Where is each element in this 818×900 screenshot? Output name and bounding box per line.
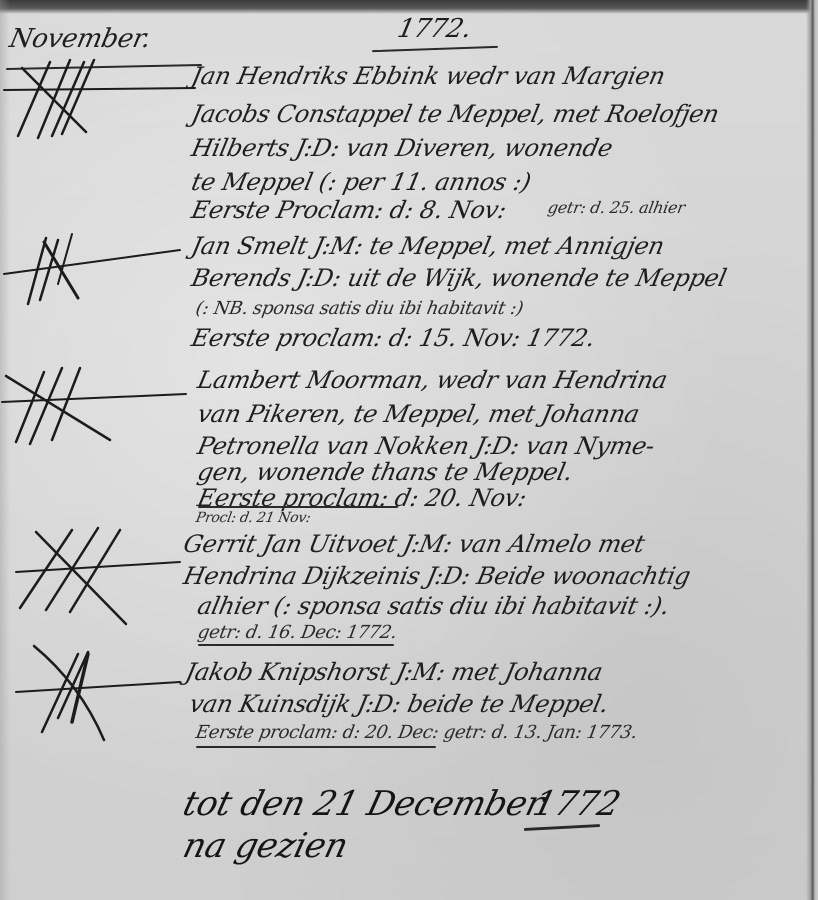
closing-year-underline — [524, 824, 600, 831]
entry-1-note: getr: d. 25. alhier — [546, 198, 686, 217]
tally-mark-icon — [0, 644, 200, 744]
closing-year: 1772 — [529, 784, 624, 824]
entry-4-line-1: Gerrit Jan Uitvoet J:M: van Almelo met — [181, 530, 647, 558]
entry-5-line-1: Jakob Knipshorst J:M: met Johanna — [183, 658, 605, 686]
entry-5-underline — [196, 746, 436, 748]
entry-1-proclamation: Eerste Proclam: d: 8. Nov: — [189, 196, 509, 224]
entry-4-underline — [198, 644, 394, 646]
tally-mark-icon — [0, 228, 200, 318]
entry-3-line-4: gen, wonende thans te Meppel. — [195, 458, 575, 486]
entry-4-pre-note: Procl: d. 21 Nov: — [195, 510, 312, 526]
entry-5-line-2: van Kuinsdijk J:D: beide te Meppel. — [187, 690, 611, 718]
entry-3-underline — [198, 506, 398, 508]
entry-1-line-4: te Meppel (: per 11. annos :) — [189, 168, 533, 196]
entry-2-proclamation: Eerste proclam: d: 15. Nov: 1772. — [189, 324, 598, 352]
entry-2-line-3: (: NB. sponsa satis diu ibi habitavit :) — [194, 298, 525, 319]
entry-3-line-1: Lambert Moorman, wedr van Hendrina — [195, 366, 670, 394]
entry-5-proclamation: Eerste proclam: d: 20. Dec: getr: d. 13.… — [194, 722, 639, 743]
tally-mark-icon — [0, 50, 200, 150]
header-year: 1772. — [395, 14, 474, 44]
entry-2-line-2: Berends J:D: uit de Wijk, wonende te Mep… — [189, 264, 729, 292]
closing-line-2: na gezien — [179, 826, 352, 866]
page-right-edge — [806, 0, 818, 900]
tally-mark-icon — [0, 520, 200, 630]
entry-4-line-2: Hendrina Dijkzeinis J:D: Beide woonachti… — [181, 562, 693, 590]
page-top-edge — [0, 0, 818, 14]
tally-mark-icon — [0, 362, 200, 452]
entry-4-line-3: alhier (: sponsa satis diu ibi habitavit… — [195, 592, 672, 620]
entry-1-line-2: Jacobs Constappel te Meppel, met Roelofj… — [189, 100, 721, 128]
entry-2-line-1: Jan Smelt J:M: te Meppel, met Annigjen — [189, 232, 667, 260]
closing-line-1: tot den 21 December — [179, 784, 547, 824]
register-page: November. 1772. Jan Hendriks Ebbink wedr… — [0, 0, 818, 900]
entry-3-line-3: Petronella van Nokken J:D: van Nyme- — [195, 432, 657, 460]
header-year-underline — [372, 46, 498, 52]
entry-1-line-1: Jan Hendriks Ebbink wedr van Margien — [189, 62, 668, 90]
entry-4-married-date: getr: d. 16. Dec: 1772. — [196, 622, 398, 643]
entry-1-line-3: Hilberts J:D: van Diveren, wonende — [189, 134, 615, 162]
entry-3-line-2: van Pikeren, te Meppel, met Johanna — [195, 400, 642, 428]
